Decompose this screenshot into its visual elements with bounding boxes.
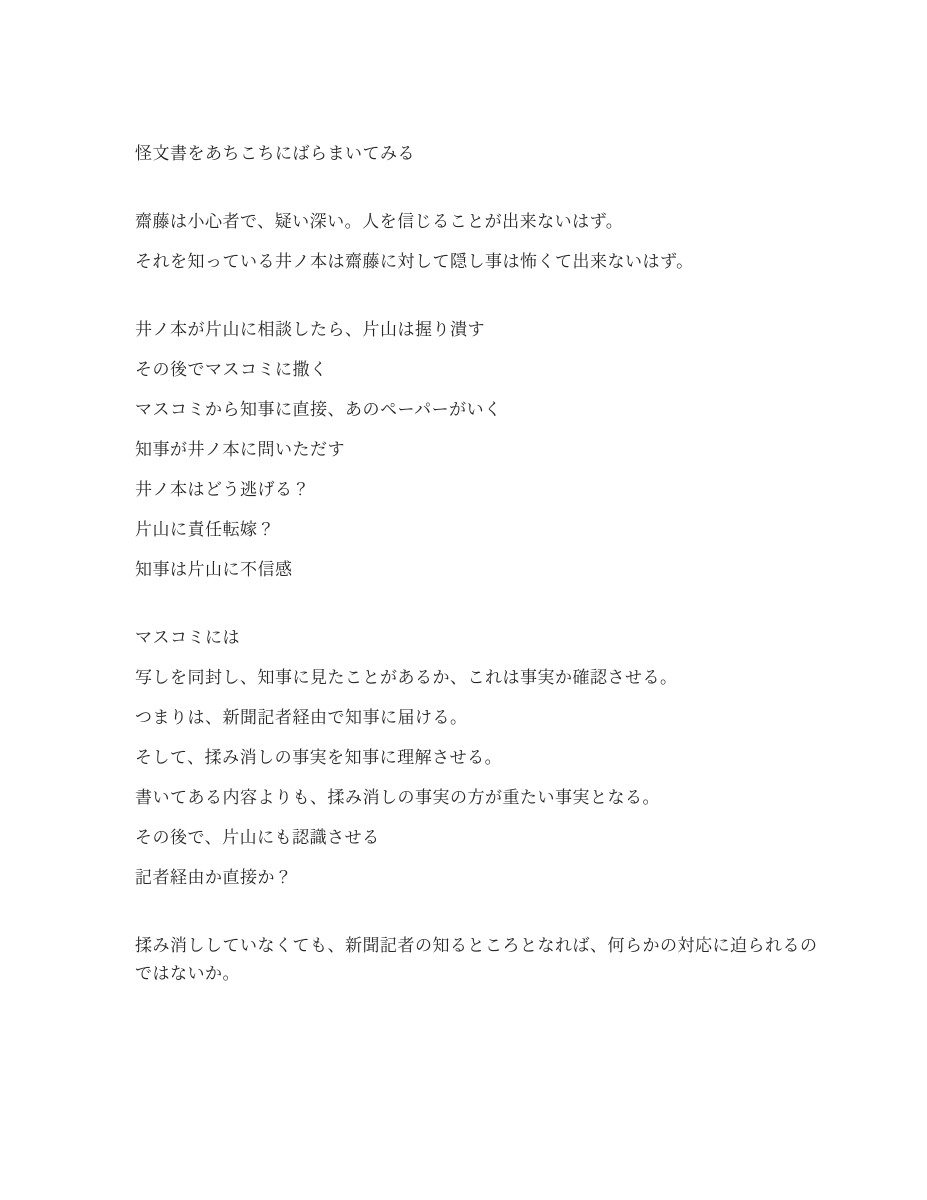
paragraph: 記者経由か直接か？ [135, 864, 807, 892]
paragraph: 怪文書をあちこちにばらまいてみる [135, 140, 807, 168]
text-line: 井ノ本が片山に相談したら、片山は握り潰す [135, 316, 807, 344]
paragraph: つまりは、新聞記者経由で知事に届ける。 [135, 704, 807, 732]
text-line: マスコミには [135, 624, 807, 652]
text-line: 怪文書をあちこちにばらまいてみる [135, 140, 807, 168]
paragraph: 井ノ本が片山に相談したら、片山は握り潰す [135, 316, 807, 344]
text-line: それを知っている井ノ本は齋藤に対して隠し事は怖くて出来ないはず。 [135, 248, 807, 276]
text-line: 齋藤は小心者で、疑い深い。人を信じることが出来ないはず。 [135, 208, 807, 236]
paragraph: 片山に責任転嫁？ [135, 516, 807, 544]
paragraph: 写しを同封し、知事に見たことがあるか、これは事実か確認させる。 [135, 664, 807, 692]
text-line: ではないか。 [135, 960, 807, 988]
paragraph: マスコミには [135, 624, 807, 652]
paragraph: 知事は片山に不信感 [135, 556, 807, 584]
paragraph: それを知っている井ノ本は齋藤に対して隠し事は怖くて出来ないはず。 [135, 248, 807, 276]
text-line: つまりは、新聞記者経由で知事に届ける。 [135, 704, 807, 732]
paragraph: 揉み消ししていなくても、新聞記者の知るところとなれば、何らかの対応に迫られるので… [135, 932, 807, 988]
text-line: 書いてある内容よりも、揉み消しの事実の方が重たい事実となる。 [135, 784, 807, 812]
text-line: 片山に責任転嫁？ [135, 516, 807, 544]
paragraph: 書いてある内容よりも、揉み消しの事実の方が重たい事実となる。 [135, 784, 807, 812]
paragraph-group: 井ノ本が片山に相談したら、片山は握り潰すその後でマスコミに撒くマスコミから知事に… [135, 316, 807, 584]
text-line: 揉み消ししていなくても、新聞記者の知るところとなれば、何らかの対応に迫られるの [135, 932, 807, 960]
paragraph-group: 怪文書をあちこちにばらまいてみる [135, 140, 807, 168]
text-line: マスコミから知事に直接、あのペーパーがいく [135, 396, 807, 424]
text-line: 記者経由か直接か？ [135, 864, 807, 892]
text-line: 知事が井ノ本に問いただす [135, 436, 807, 464]
paragraph: 齋藤は小心者で、疑い深い。人を信じることが出来ないはず。 [135, 208, 807, 236]
text-line: 写しを同封し、知事に見たことがあるか、これは事実か確認させる。 [135, 664, 807, 692]
document-body: 怪文書をあちこちにばらまいてみる齋藤は小心者で、疑い深い。人を信じることが出来な… [135, 140, 807, 988]
paragraph-group: マスコミには写しを同封し、知事に見たことがあるか、これは事実か確認させる。つまり… [135, 624, 807, 892]
paragraph: その後で、片山にも認識させる [135, 824, 807, 852]
paragraph: 井ノ本はどう逃げる？ [135, 476, 807, 504]
paragraph: その後でマスコミに撒く [135, 356, 807, 384]
text-line: 井ノ本はどう逃げる？ [135, 476, 807, 504]
text-line: 知事は片山に不信感 [135, 556, 807, 584]
paragraph: マスコミから知事に直接、あのペーパーがいく [135, 396, 807, 424]
text-line: そして、揉み消しの事実を知事に理解させる。 [135, 744, 807, 772]
text-line: その後で、片山にも認識させる [135, 824, 807, 852]
paragraph: 知事が井ノ本に問いただす [135, 436, 807, 464]
document-page: 怪文書をあちこちにばらまいてみる齋藤は小心者で、疑い深い。人を信じることが出来な… [0, 0, 927, 1200]
text-line: その後でマスコミに撒く [135, 356, 807, 384]
paragraph-group: 齋藤は小心者で、疑い深い。人を信じることが出来ないはず。それを知っている井ノ本は… [135, 208, 807, 276]
paragraph: そして、揉み消しの事実を知事に理解させる。 [135, 744, 807, 772]
paragraph-group: 揉み消ししていなくても、新聞記者の知るところとなれば、何らかの対応に迫られるので… [135, 932, 807, 988]
